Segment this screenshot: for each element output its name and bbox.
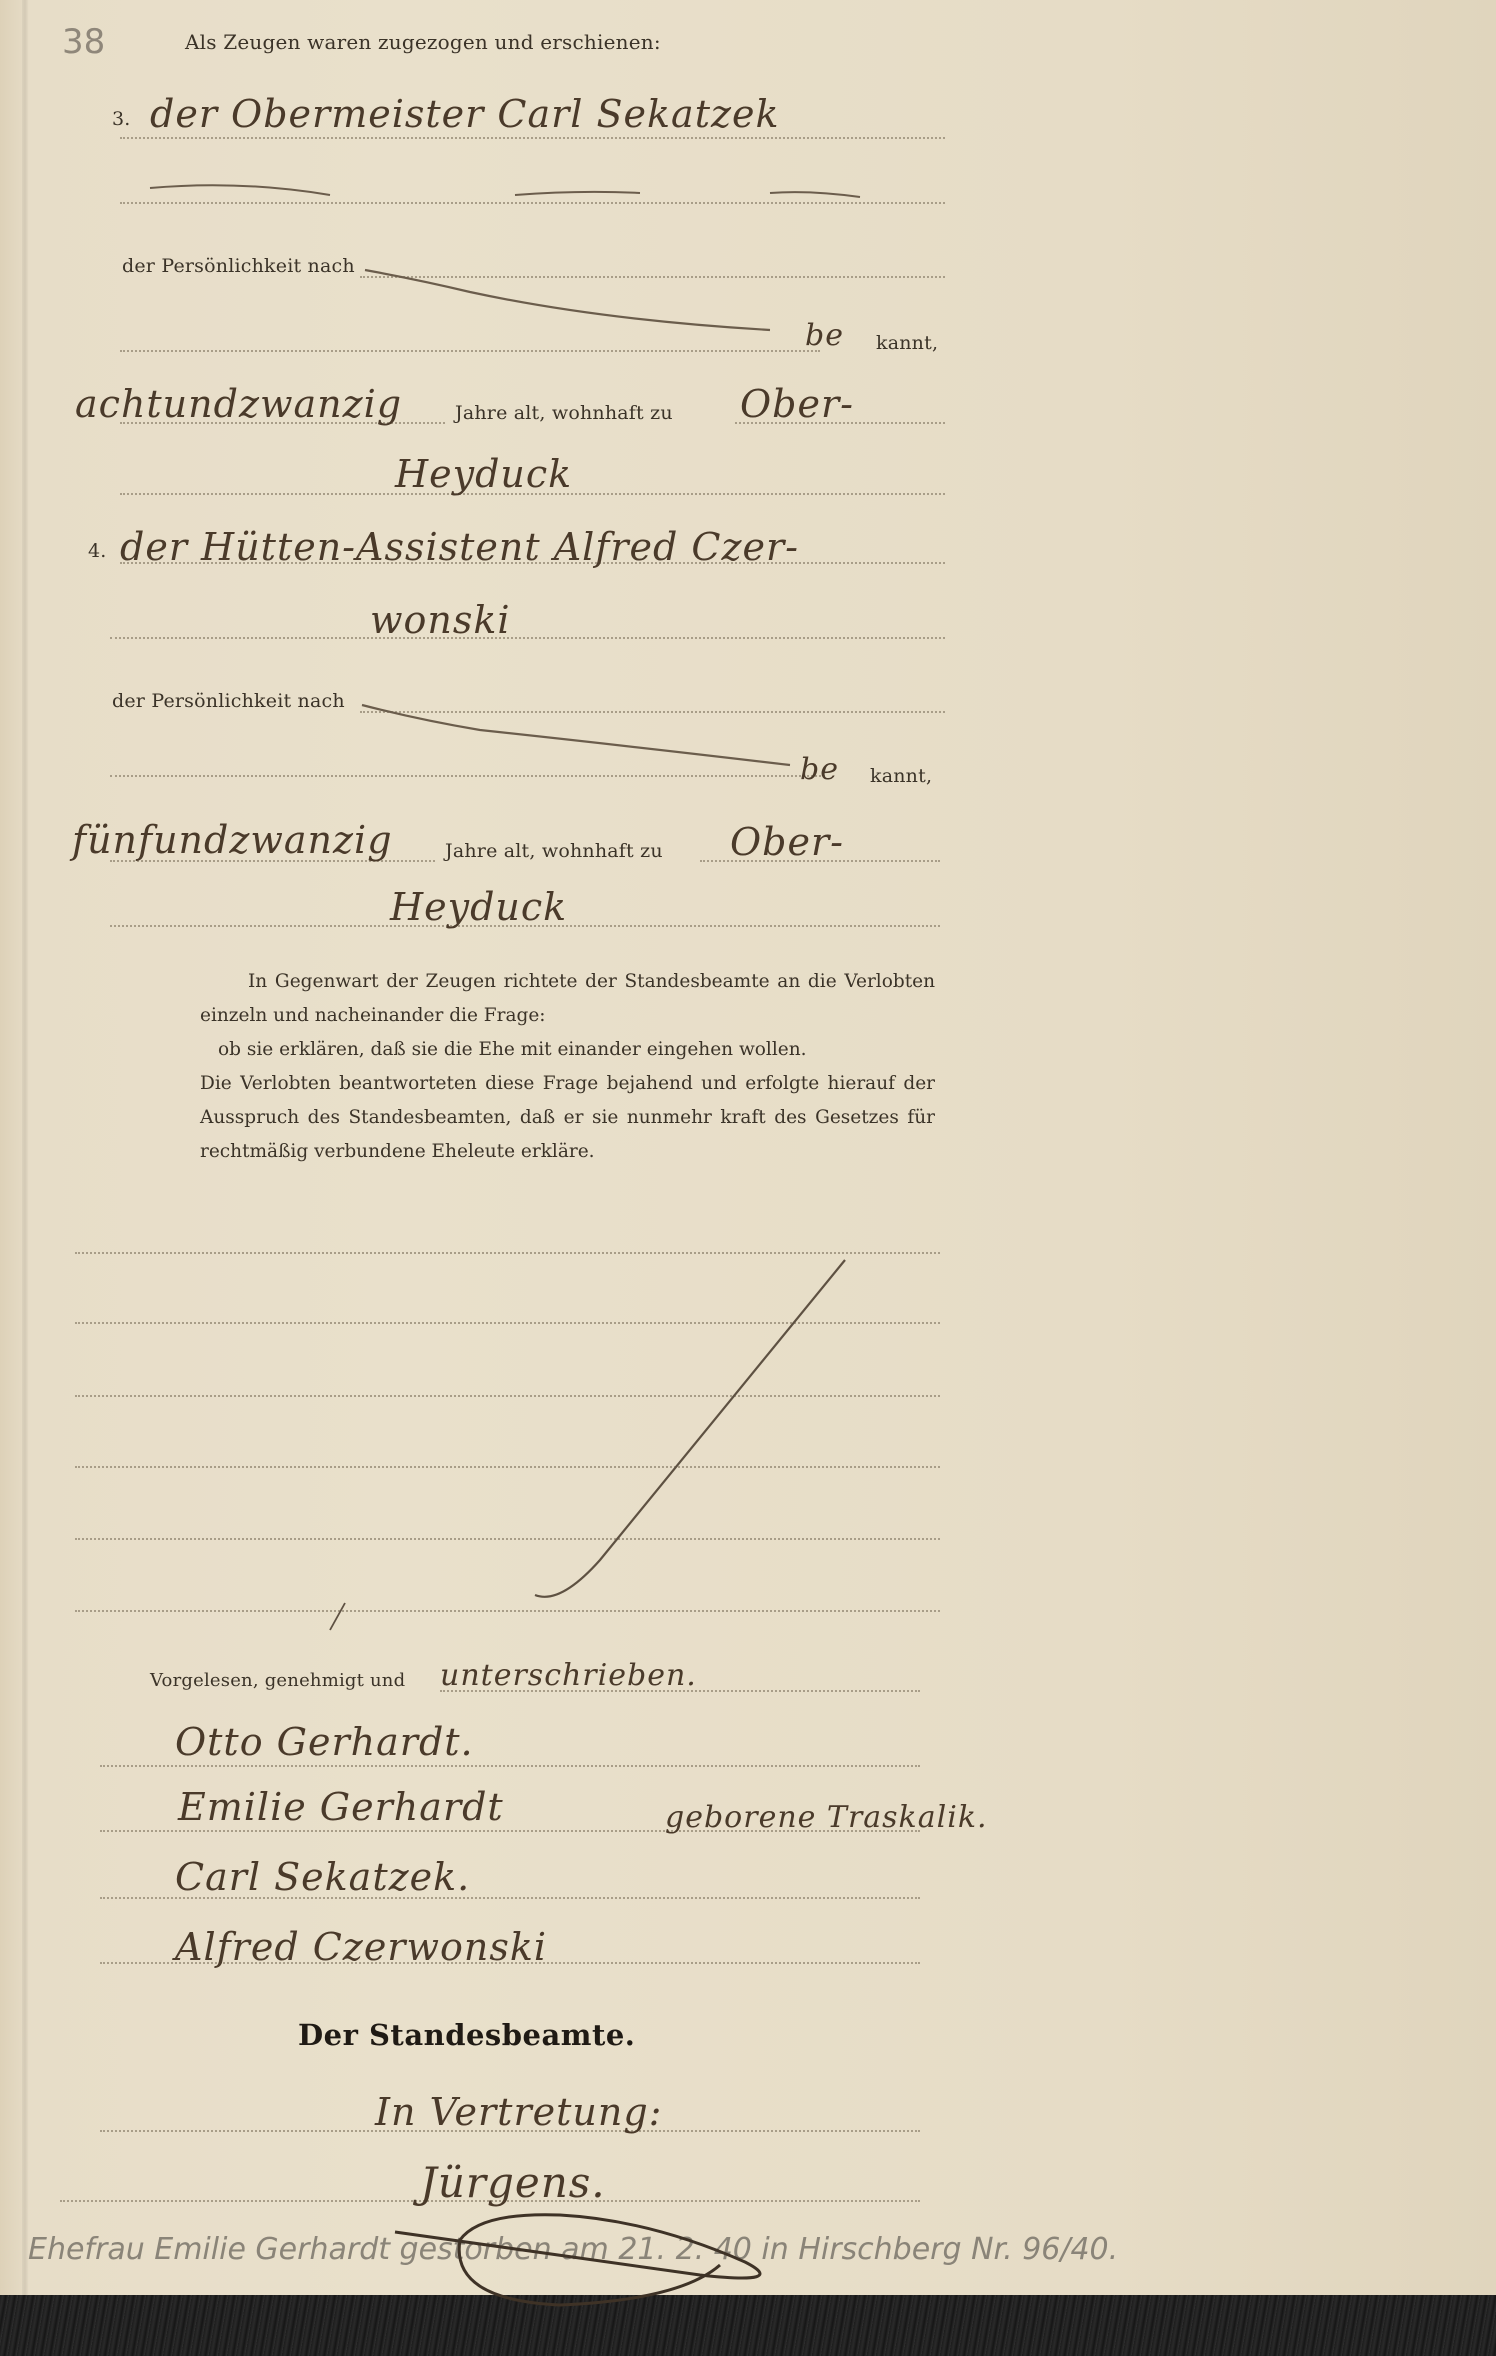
witness-4-name-1: der Hütten-Assistent Alfred Czer-: [120, 525, 799, 569]
witness-4-known-prefix: be: [800, 752, 839, 787]
margin-death-note: Ehefrau Emilie Gerhardt gestorben am 21.…: [28, 2232, 1118, 2267]
signoff-handwritten: unterschrieben.: [440, 1658, 697, 1693]
witness-3-known-suffix: kannt,: [876, 332, 938, 354]
form-line: [120, 350, 820, 352]
signature-otto-gerhardt: Otto Gerhardt.: [175, 1720, 474, 1764]
page-fold-shadow: [22, 0, 28, 2300]
form-line: [75, 1466, 940, 1468]
form-line: [120, 202, 945, 204]
form-line: [75, 1538, 940, 1540]
marriage-declaration: In Gegenwart der Zeugen richtete der Sta…: [200, 965, 935, 1169]
witness-3-residence-2: Heyduck: [395, 452, 572, 496]
form-line: [75, 1322, 940, 1324]
witness-4-age-label: Jahre alt, wohnhaft zu: [445, 840, 663, 862]
witness-3-age: achtundzwanzig: [75, 382, 402, 426]
witness-4-residence-1: Ober-: [730, 820, 844, 864]
form-line: [110, 775, 825, 777]
signature-alfred-czerwonski: Alfred Czerwonski: [175, 1925, 547, 1969]
witness-3-age-label: Jahre alt, wohnhaft zu: [455, 402, 673, 424]
signature-emilie-maiden-name: geborene Traskalik.: [665, 1800, 988, 1835]
form-line: [75, 1395, 940, 1397]
witness-3-name: der Obermeister Carl Sekatzek: [150, 92, 780, 136]
page-number: 38: [62, 22, 105, 62]
signature-carl-sekatzek: Carl Sekatzek.: [175, 1855, 470, 1899]
witnesses-heading: Als Zeugen waren zugezogen und erschiene…: [185, 30, 661, 54]
form-line: [360, 276, 945, 278]
witness-4-residence-2: Heyduck: [390, 885, 567, 929]
witness-3-identity-label: der Persönlichkeit nach: [122, 255, 355, 277]
signoff-label: Vorgelesen, genehmigt und: [150, 1670, 405, 1691]
registrar-signature: Jürgens.: [420, 2158, 606, 2207]
book-binding: [0, 2295, 1496, 2356]
registrar-title: Der Standesbeamte.: [298, 2018, 635, 2052]
witness-3-residence-1: Ober-: [740, 382, 854, 426]
declaration-question: ob sie erklären, daß sie die Ehe mit ein…: [200, 1033, 935, 1067]
signature-emilie-gerhardt: Emilie Gerhardt: [178, 1785, 504, 1829]
witness-3-known-prefix: be: [805, 318, 844, 353]
witness-4-age: fünfundzwanzig: [72, 818, 393, 862]
form-line: [100, 1765, 920, 1767]
form-line: [75, 1610, 940, 1612]
form-line: [110, 637, 945, 639]
form-line: [120, 137, 945, 139]
form-line: [75, 1252, 940, 1254]
witness-4-number: 4.: [88, 540, 107, 562]
declaration-pronouncement: Die Verlobten beantworteten diese Frage …: [200, 1067, 935, 1169]
witness-4-known-suffix: kannt,: [870, 765, 932, 787]
witness-4-name-2: wonski: [370, 598, 511, 642]
witness-4-identity-label: der Persönlichkeit nach: [112, 690, 345, 712]
declaration-question-intro: In Gegenwart der Zeugen richtete der Sta…: [200, 965, 935, 1033]
form-line: [360, 711, 945, 713]
registrar-deputy-note: In Vertretung:: [375, 2090, 662, 2134]
witness-3-number: 3.: [112, 108, 131, 130]
